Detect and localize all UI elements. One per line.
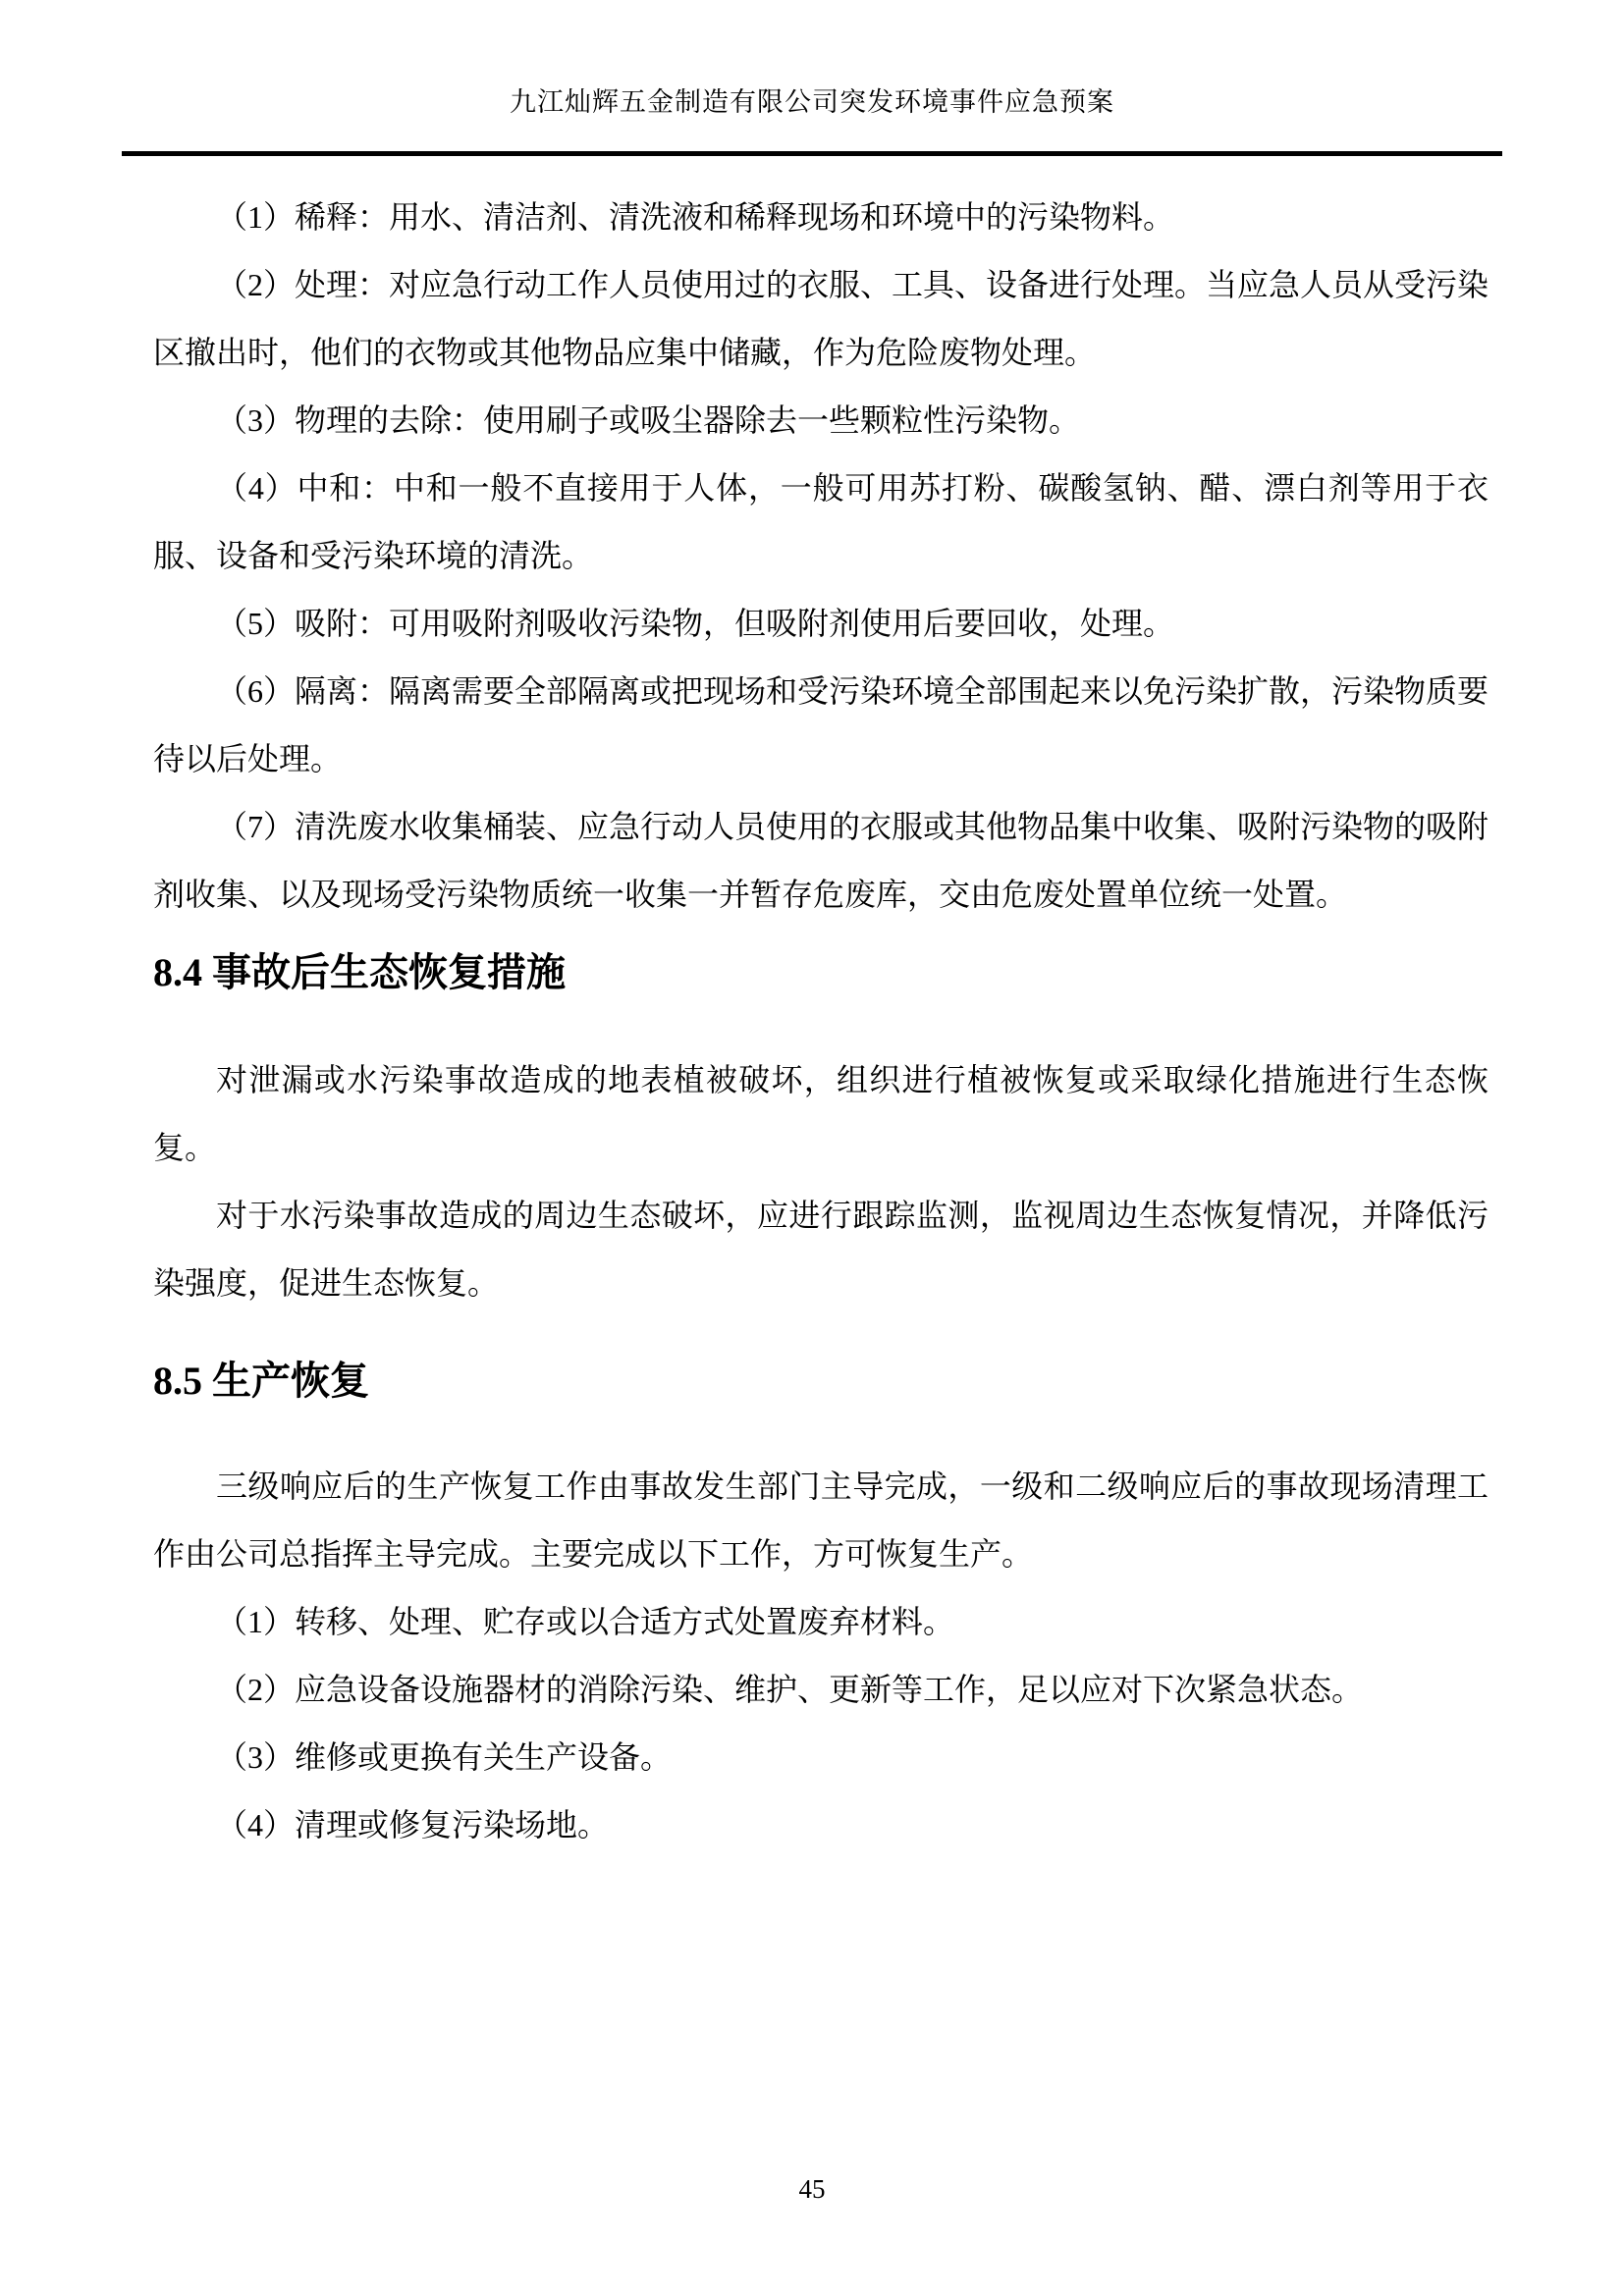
body-paragraph: （5）吸附：可用吸附剂吸收污染物，但吸附剂使用后要回收，处理。 — [153, 590, 1489, 658]
body-paragraph: （2）处理：对应急行动工作人员使用过的衣服、工具、设备进行处理。当应急人员从受污… — [153, 251, 1489, 387]
page-footer: 45 — [0, 2171, 1624, 2207]
body-paragraph: （2）应急设备设施器材的消除污染、维护、更新等工作，足以应对下次紧急状态。 — [153, 1656, 1489, 1724]
document-page: 九江灿辉五金制造有限公司突发环境事件应急预案 （1）稀释：用水、清洁剂、清洗液和… — [0, 0, 1624, 2296]
page-number: 45 — [799, 2174, 826, 2204]
document-body: （1）稀释：用水、清洁剂、清洗液和稀释现场和环境中的污染物料。 （2）处理：对应… — [153, 184, 1489, 1859]
body-paragraph: 对泄漏或水污染事故造成的地表植被破坏，组织进行植被恢复或采取绿化措施进行生态恢复… — [153, 1046, 1489, 1182]
body-paragraph: 对于水污染事故造成的周边生态破坏，应进行跟踪监测，监视周边生态恢复情况，并降低污… — [153, 1182, 1489, 1317]
body-paragraph: （4）中和：中和一般不直接用于人体，一般可用苏打粉、碳酸氢钠、醋、漂白剂等用于衣… — [153, 454, 1489, 590]
body-paragraph: （4）清理或修复污染场地。 — [153, 1791, 1489, 1859]
body-paragraph: （3）维修或更换有关生产设备。 — [153, 1724, 1489, 1791]
page-header: 九江灿辉五金制造有限公司突发环境事件应急预案 — [122, 0, 1502, 156]
section-heading-8-4: 8.4 事故后生态恢复措施 — [153, 944, 1489, 1001]
header-title: 九江灿辉五金制造有限公司突发环境事件应急预案 — [122, 84, 1502, 120]
body-paragraph: （1）转移、处理、贮存或以合适方式处置废弃材料。 — [153, 1588, 1489, 1656]
body-paragraph: （3）物理的去除：使用刷子或吸尘器除去一些颗粒性污染物。 — [153, 387, 1489, 454]
body-paragraph: 三级响应后的生产恢复工作由事故发生部门主导完成，一级和二级响应后的事故现场清理工… — [153, 1453, 1489, 1588]
body-paragraph: （1）稀释：用水、清洁剂、清洗液和稀释现场和环境中的污染物料。 — [153, 184, 1489, 251]
body-paragraph: （7）清洗废水收集桶装、应急行动人员使用的衣服或其他物品集中收集、吸附污染物的吸… — [153, 793, 1489, 929]
section-heading-8-5: 8.5 生产恢复 — [153, 1353, 1489, 1410]
body-paragraph: （6）隔离：隔离需要全部隔离或把现场和受污染环境全部围起来以免污染扩散，污染物质… — [153, 658, 1489, 793]
